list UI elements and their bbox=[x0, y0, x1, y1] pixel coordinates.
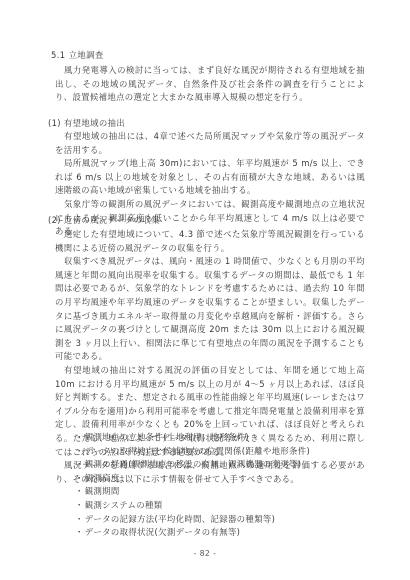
section-intro-block: 風力発電導入の検討に当っては、まず良好な風況が期待される有望地域を抽出し、その地… bbox=[55, 64, 365, 105]
bullet-item: 観測高度 bbox=[75, 472, 310, 486]
subsection-2-heading: (2) 近傍の風況データの収集 bbox=[48, 214, 160, 226]
page-number: - 82 - bbox=[0, 549, 410, 558]
bullet-item: データの取得状況(欠測データの有無等) bbox=[75, 526, 310, 540]
bullet-item: 観測地点の立地条件(土地利用、地形条件) bbox=[75, 431, 310, 445]
bullet-item: データの記録方法(平均化時間、記録器の種類等) bbox=[75, 513, 310, 527]
subsection-2-paragraph-2: 収集すべき風況データは、風向・風速の 1 時間値で、少なくとも月別の平均風速と年… bbox=[55, 255, 365, 364]
subsection-1-paragraph-1: 有望地域の抽出には、4章で述べた局所風況マップや気象庁等の風況データを活用する。 bbox=[55, 130, 365, 157]
section-intro-paragraph: 風力発電導入の検討に当っては、まず良好な風況が期待される有望地域を抽出し、その地… bbox=[55, 64, 365, 105]
subsection-1-heading: (1) 有望地域の抽出 bbox=[48, 117, 125, 129]
bullet-item: データの取得地点と候補地点の位置関係(距離や地形条件) bbox=[75, 445, 310, 459]
bullet-item: 観測期間 bbox=[75, 485, 310, 499]
bullet-item: 観測の経過(観測地点の移設の有無、観測機器の変更等) bbox=[75, 458, 310, 472]
info-bullet-list: 観測地点の立地条件(土地利用、地形条件) データの取得地点と候補地点の位置関係(… bbox=[75, 431, 310, 540]
subsection-1-paragraph-2: 局所風況マップ(地上高 30m)においては、年平均風速が 5 m/s 以上、でき… bbox=[55, 157, 365, 198]
document-page: 5.1 立地調査 風力発電導入の検討に当っては、まず良好な風況が期待される有望地… bbox=[0, 0, 410, 580]
subsection-2-paragraph-1: 選定した有望地域について、4.3 節で述べた気象庁等風況観測を行っている機関によ… bbox=[55, 228, 365, 255]
bullet-item: 観測システムの種類 bbox=[75, 499, 310, 513]
section-title: 5.1 立地調査 bbox=[51, 49, 104, 61]
